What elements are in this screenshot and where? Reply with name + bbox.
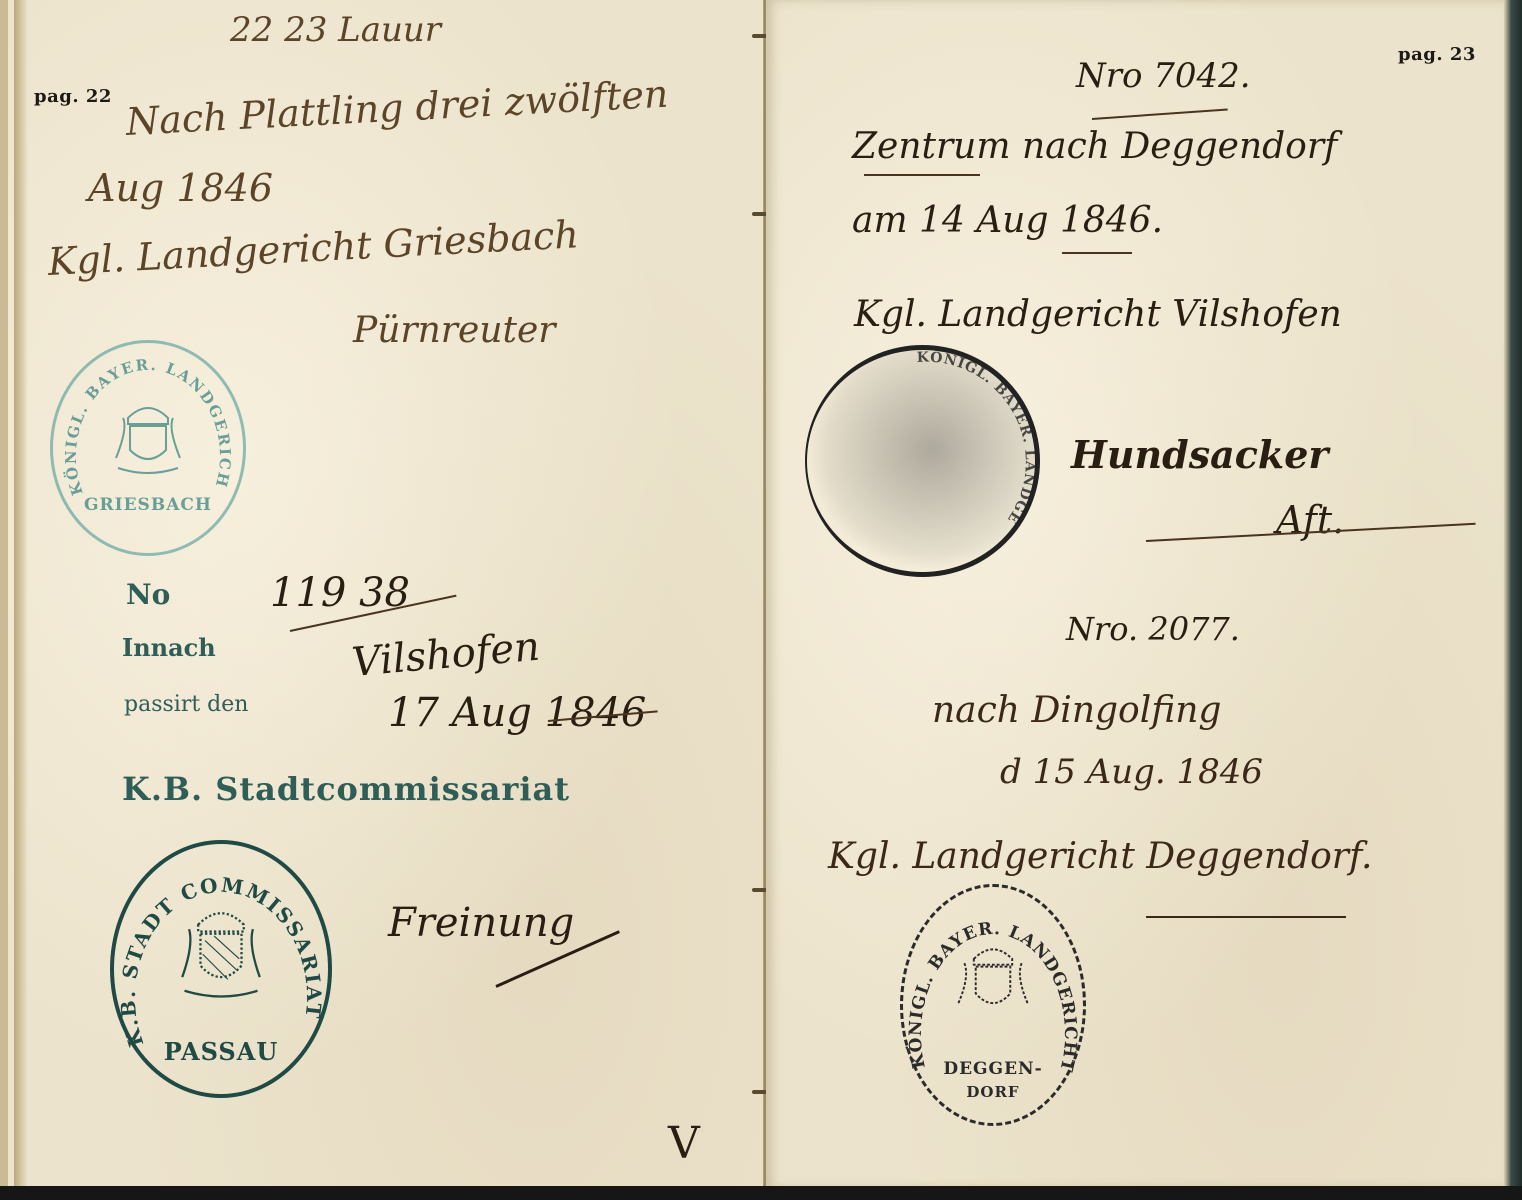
left-page: pag. 22 22 23 Lauur Nach Plattling drei … — [0, 0, 766, 1188]
handwritten-place: Vilshofen — [350, 624, 542, 686]
handwritten-line: Zentrum nach Deggendorf — [852, 126, 1337, 167]
signature-flourish: Aft. — [1276, 498, 1344, 542]
page-number-right: pag. 23 — [1398, 44, 1476, 65]
svg-text:KÖNIGL. BAYER. LANDGERICHT: KÖNIGL. BAYER. LANDGERICHT — [807, 350, 1035, 527]
stamp-vilshofen: KÖNIGL. BAYER. LANDGERICHT — [805, 345, 1040, 577]
coat-of-arms-icon — [164, 892, 278, 1012]
coat-of-arms-icon — [98, 388, 198, 488]
handwritten-line: Aug 1846 — [88, 166, 273, 210]
signature: Pürnreuter — [353, 310, 555, 351]
stamp-printed-line: Innach — [122, 633, 216, 662]
handwritten-number: Nro. 2077. — [1066, 610, 1240, 648]
document-spread: pag. 22 22 23 Lauur Nach Plattling drei … — [0, 0, 1522, 1188]
book-cover-edge — [1504, 0, 1522, 1200]
handwritten-line: 22 23 Lauur — [230, 10, 441, 50]
handwritten-line: Kgl. Landgericht Deggendorf. — [828, 836, 1372, 877]
signature: Hundsacker — [1071, 432, 1328, 477]
stamp-place: PASSAU — [164, 1037, 279, 1066]
footer-mark: V — [668, 1118, 700, 1169]
coat-of-arms-icon — [945, 927, 1041, 1037]
handwritten-line: nach Dingolfing — [932, 690, 1221, 731]
stamp-place-line: DEGGEN- — [943, 1059, 1042, 1079]
handwritten-number: Nro 7042. — [1076, 56, 1251, 96]
stamp-place: GRIESBACH — [84, 495, 212, 515]
handwritten-date: 17 Aug 1846 — [388, 690, 646, 736]
underline — [1062, 252, 1132, 254]
stamp-place-line: DORF — [966, 1083, 1019, 1101]
page-label: pag. — [34, 86, 79, 107]
handwritten-line: Nach Plattling drei zwölften — [125, 72, 669, 144]
handwritten-line: Kgl. Landgericht Vilshofen — [854, 294, 1342, 335]
page-number-left: pag. 22 — [34, 86, 112, 107]
underline — [864, 174, 980, 176]
book-bottom-edge — [0, 1186, 1522, 1200]
stamp-printed-line: No — [126, 578, 170, 611]
signature: Freinung — [388, 900, 574, 946]
underline — [1092, 109, 1228, 120]
handwritten-line: am 14 Aug 1846. — [852, 200, 1163, 241]
stamp-passau: K.B. STADT COMMISSARIAT PASSAU — [110, 840, 332, 1098]
page-number-value: 22 — [86, 86, 112, 107]
stamp-griesbach: KÖNIGL. BAYER. LANDGERICHT GRIESBACH — [50, 340, 246, 556]
handwritten-date: d 15 Aug. 1846 — [1000, 752, 1263, 792]
page-label: pag. — [1398, 44, 1443, 65]
stamp-deggendorf: KÖNIGL. BAYER. LANDGERICHT DEGGEN- DORF — [900, 884, 1086, 1126]
page-number-value: 23 — [1450, 44, 1476, 65]
stamp-printed-line: K.B. Stadtcommissariat — [122, 770, 570, 808]
right-page: pag. 23 Nro 7042. Zentrum nach Deggendor… — [766, 0, 1504, 1188]
handwritten-line: Kgl. Landgericht Griesbach — [47, 212, 580, 284]
stamp-ring-text: KÖNIGL. BAYER. LANDGERICHT — [807, 350, 1035, 572]
stamp-printed-line: passirt den — [124, 692, 248, 717]
signature-stroke — [1146, 916, 1346, 918]
